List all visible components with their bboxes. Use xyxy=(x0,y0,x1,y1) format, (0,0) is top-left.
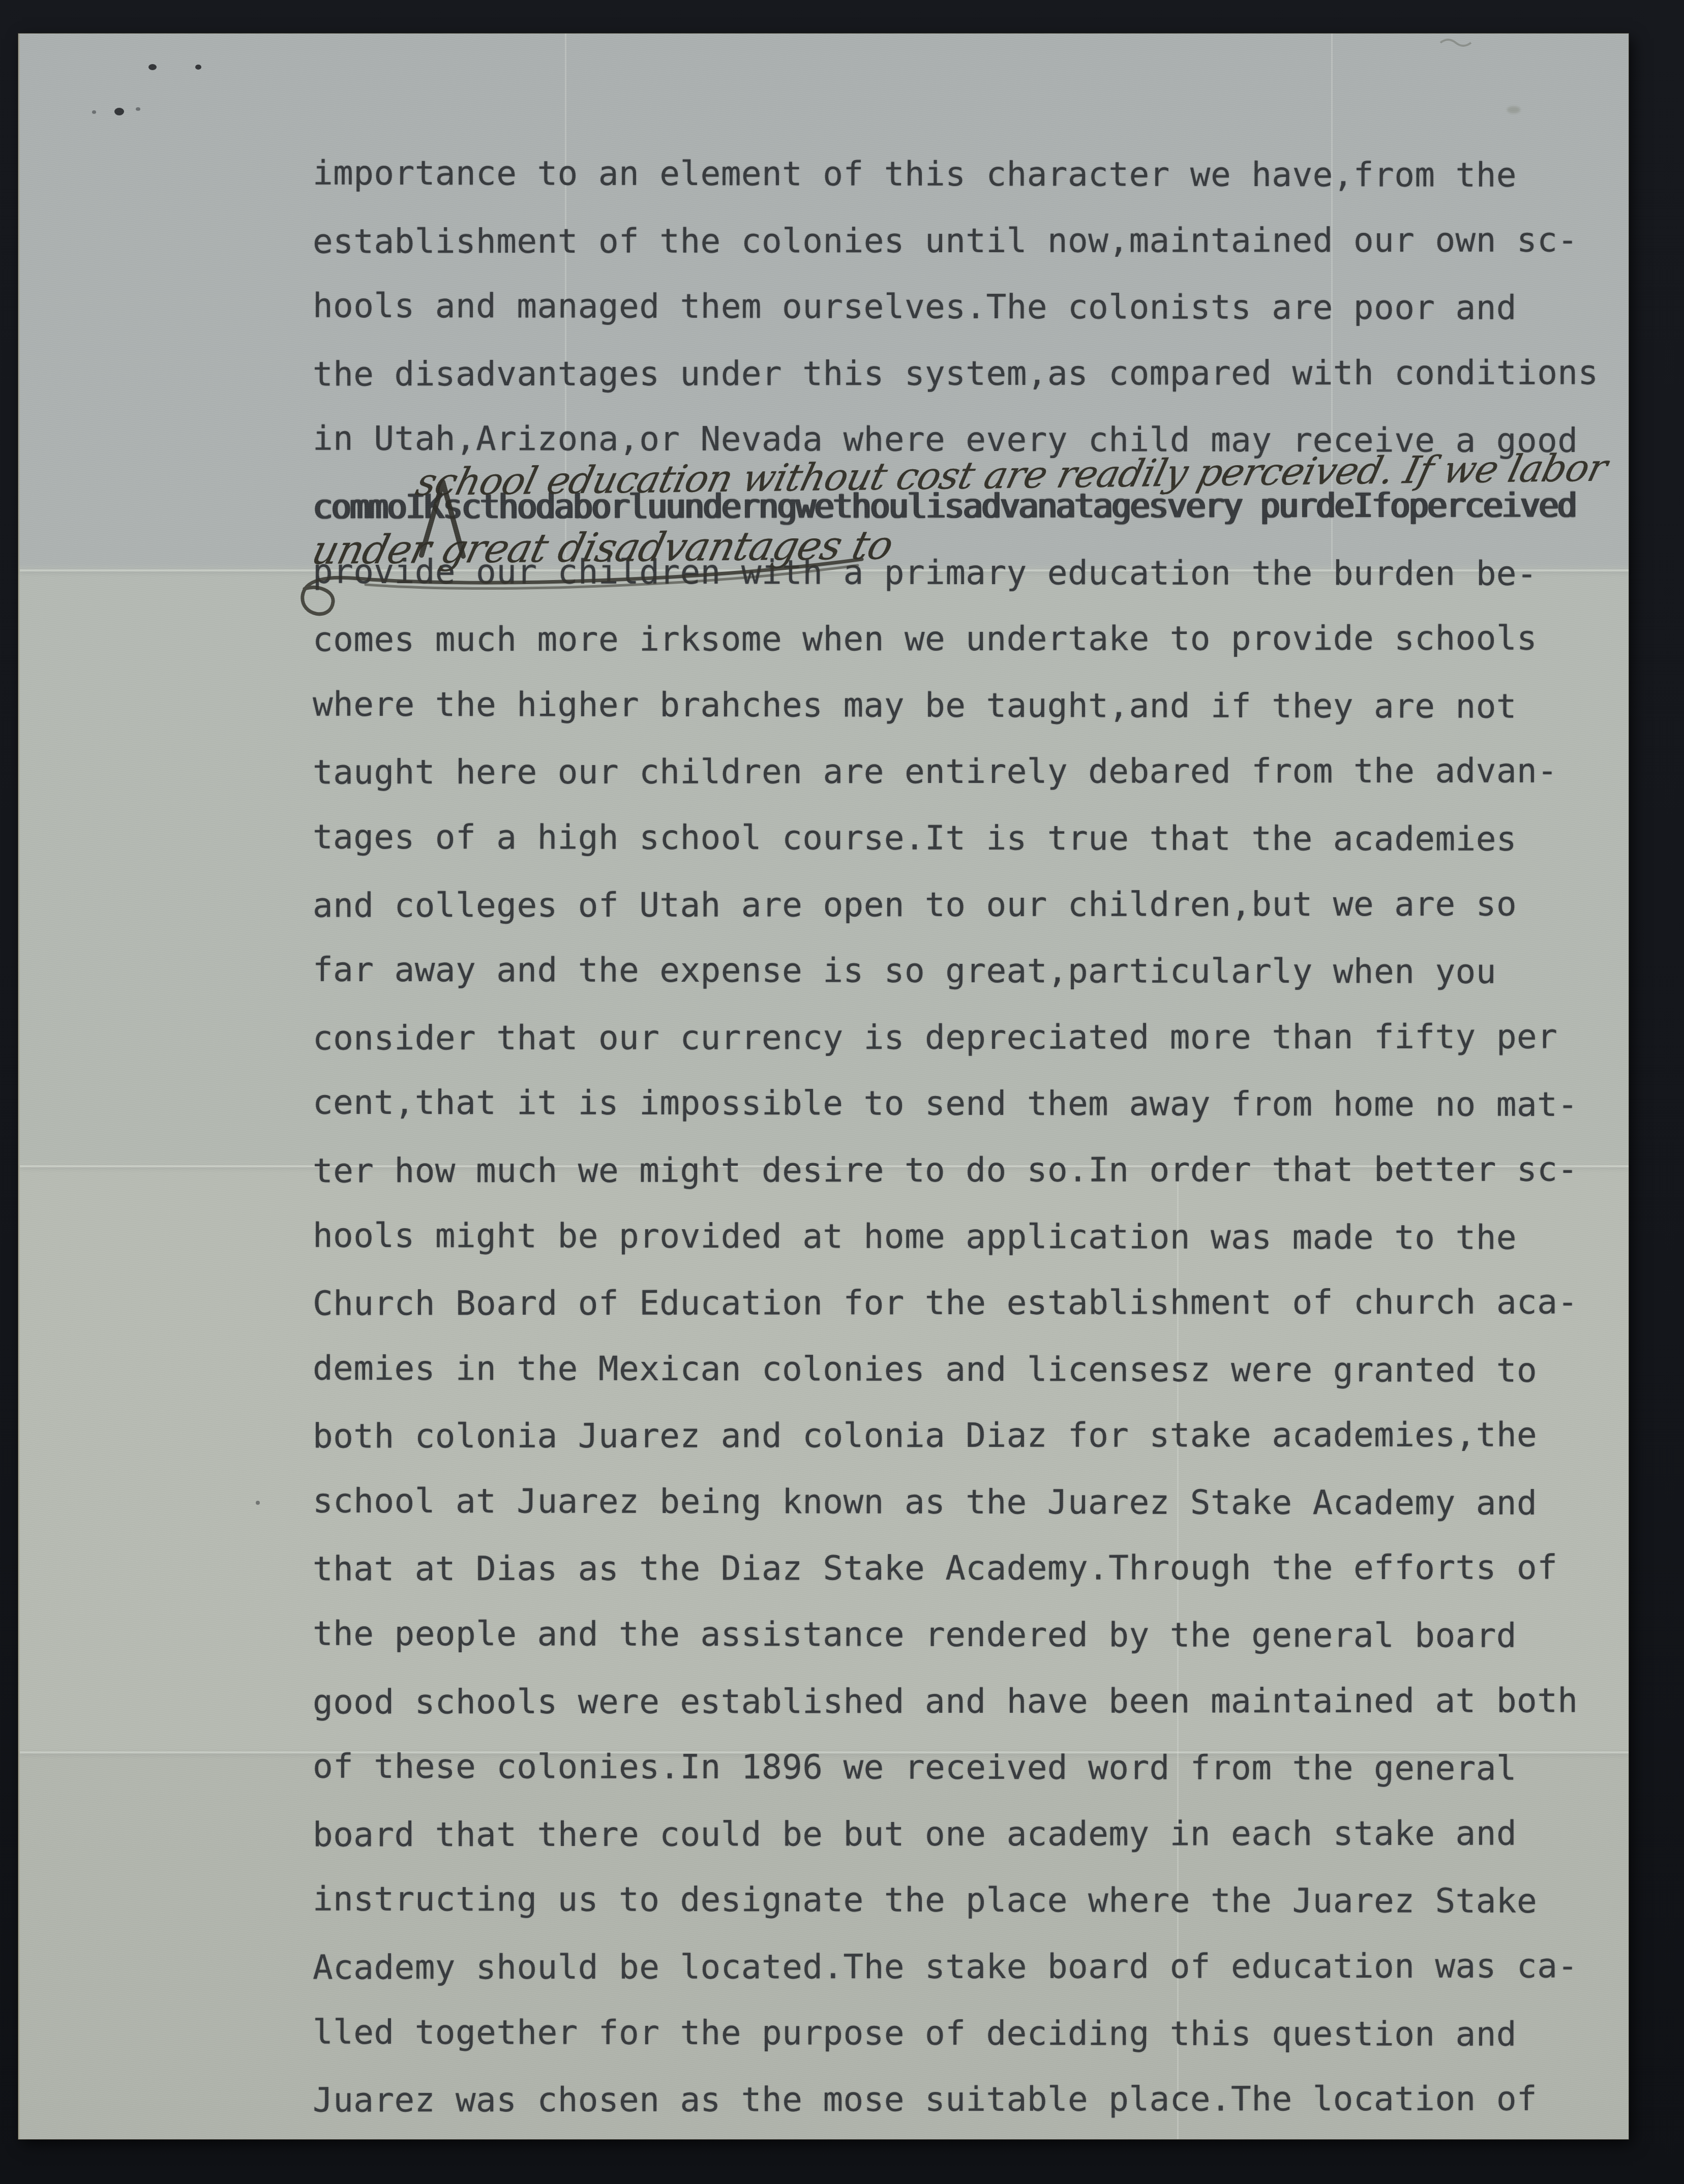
pencil-squiggle-mark xyxy=(1440,40,1471,46)
paper-speck xyxy=(195,65,201,70)
typed-line: board that there could be but one academ… xyxy=(313,1800,1614,1868)
typed-line: taught here our children are entirely de… xyxy=(313,738,1614,806)
paper-speck xyxy=(148,64,157,70)
typed-line: instructing us to designate the place wh… xyxy=(313,1866,1614,1935)
typed-line: Academy should be located.The stake boar… xyxy=(313,1933,1614,2001)
typed-line: demies in the Mexican colonies and licen… xyxy=(313,1335,1614,1404)
typed-line: ter how much we might desire to do so.In… xyxy=(313,1136,1614,1204)
typed-line: school at Juarez being known as the Juar… xyxy=(313,1468,1614,1537)
typed-line: hools might be provided at home applicat… xyxy=(313,1202,1614,1271)
paper-speck xyxy=(114,108,124,115)
paper-smudge xyxy=(1507,106,1520,113)
typed-line: lled together for the purpose of decidin… xyxy=(313,1999,1614,2068)
typed-line: where the higher brahches may be taught,… xyxy=(313,672,1614,740)
typed-line: consider that our currency is depreciate… xyxy=(313,1004,1614,1072)
typed-line: that at Dias as the Diaz Stake Academy.T… xyxy=(313,1535,1614,1603)
handwritten-margin-insertion: under great disadvantages to xyxy=(308,523,897,573)
typed-line: the disadvantages under this system,as c… xyxy=(313,340,1614,408)
typed-line: of these colonies.In 1896 we received wo… xyxy=(313,1734,1614,1802)
typed-line: comes much more irksome when we undertak… xyxy=(313,605,1614,674)
typed-line: the people and the assistance rendered b… xyxy=(313,1601,1614,1670)
typed-line: hools and managed them ourselves.The col… xyxy=(313,273,1614,342)
paper-speck xyxy=(92,110,96,114)
typed-line: far away and the expense is so great,par… xyxy=(313,937,1614,1006)
scan-mat: { "colors": { "mat_background": "#14161b… xyxy=(0,0,1684,2184)
typed-line: establishment of the colonies until now,… xyxy=(313,207,1614,275)
paper-speck xyxy=(136,107,140,111)
typed-line: Juarez was chosen as the mose suitable p… xyxy=(313,2066,1614,2134)
typed-line: tages of a high school course.It is true… xyxy=(313,804,1614,873)
typed-line: cent,that it is impossible to send them … xyxy=(313,1070,1614,1138)
document-page: importance to an element of this charact… xyxy=(18,34,1629,2139)
typed-line: and colleges of Utah are open to our chi… xyxy=(313,871,1614,939)
typed-text-block: importance to an element of this charact… xyxy=(313,141,1614,2133)
typed-line: importance to an element of this charact… xyxy=(313,140,1614,209)
typed-line: good schools were established and have b… xyxy=(313,1667,1614,1736)
typed-line: Church Board of Education for the establ… xyxy=(313,1269,1614,1338)
paper-speck xyxy=(256,1501,260,1505)
typed-line: both colonia Juarez and colonia Diaz for… xyxy=(313,1402,1614,1470)
